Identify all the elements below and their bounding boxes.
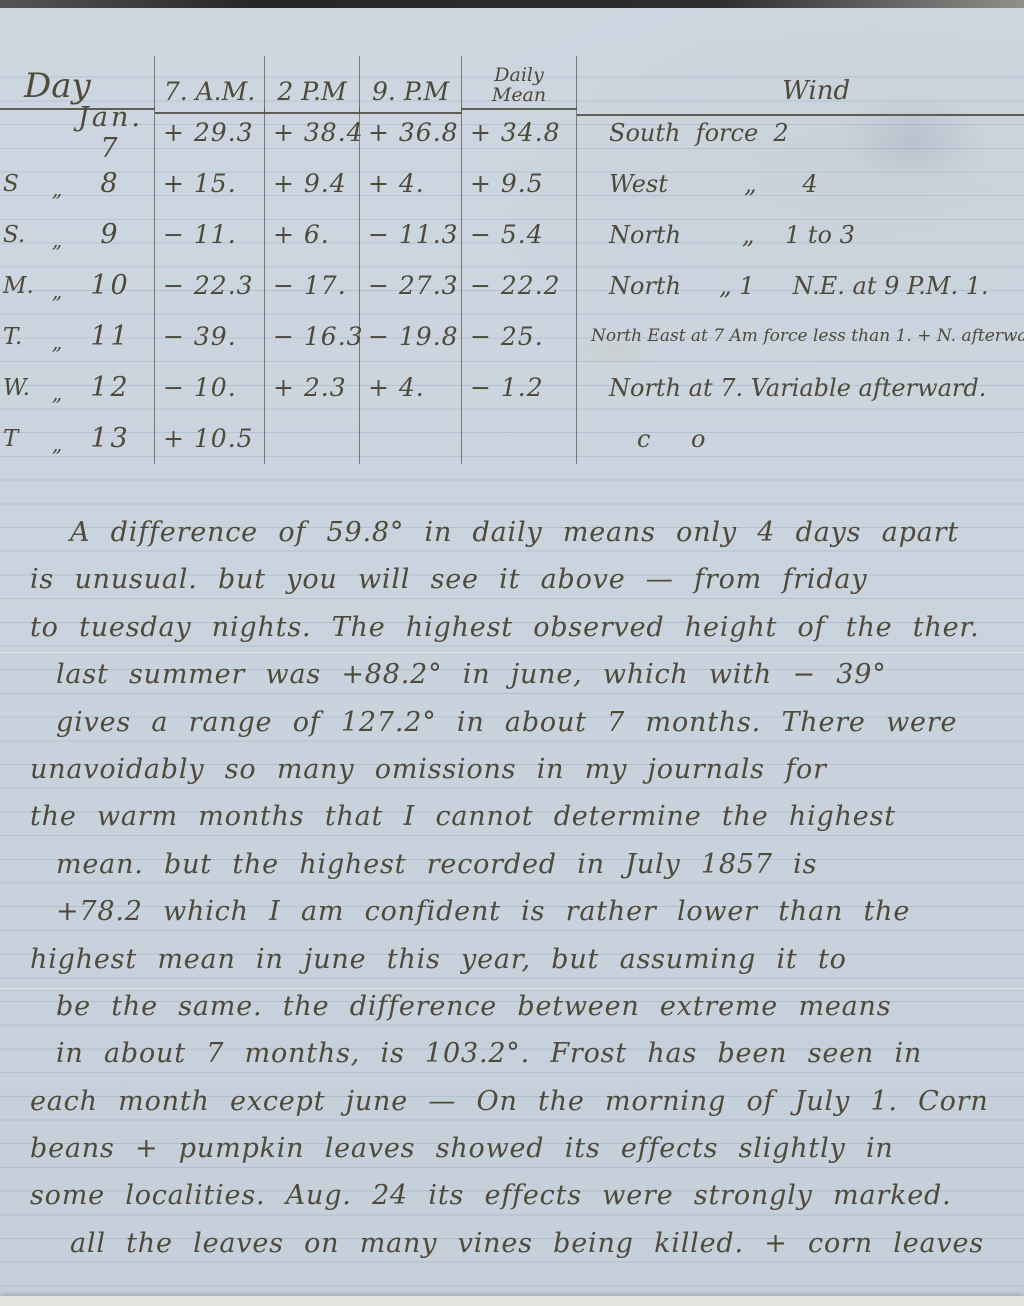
daily-mean [462,413,577,464]
header-daily-mean-line2: Mean [492,86,546,106]
temp-9pm: − 11.3 [360,209,462,260]
daily-mean: − 1.2 [462,362,577,413]
weekday-letter: S [0,171,37,197]
temp-9pm: + 36.8 [360,107,462,158]
body-line: to tuesday nights. The highest observed … [30,612,1016,659]
weekday-letter: T. [0,324,37,350]
daily-mean: + 34.8 [462,107,577,158]
body-line: some localities. Aug. 24 its effects wer… [30,1180,1016,1227]
temp-7am: − 22.3 [155,260,265,311]
day-number: Jan. 7 [77,102,154,164]
body-line: mean. but the highest recorded in July 1… [30,849,1016,896]
temp-9pm: − 27.3 [360,260,462,311]
table-row-day: Jan. 7 [0,107,155,158]
temp-7am: + 29.3 [155,107,265,158]
ditto-mark: „ [37,269,77,303]
header-2pm: 2 P.M [265,56,360,114]
daily-mean: − 5.4 [462,209,577,260]
body-line: the warm months that I cannot determine … [30,801,1016,848]
scan-edge-top [0,0,1024,8]
temp-2pm: − 17. [265,260,360,311]
day-number: 11 [77,321,154,352]
scanned-manuscript-page: { "page": { "paper_color": "#cbd5df", "i… [0,0,1024,1306]
day-number: 10 [77,270,154,301]
body-line: last summer was +88.2° in june, which wi… [30,659,1016,706]
day-number: 13 [77,423,154,454]
body-line: A difference of 59.8° in daily means onl… [30,517,1016,564]
body-line: is unusual. but you will see it above — … [30,564,1016,611]
temp-7am: − 11. [155,209,265,260]
table-row-day: M. „ 10 [0,260,155,311]
temp-7am: − 10. [155,362,265,413]
body-line: all the leaves on many vines being kille… [30,1228,1016,1275]
ditto-mark: „ [37,371,77,405]
body-line: be the same. the difference between extr… [30,991,1016,1038]
body-line: highest mean in june this year, but assu… [30,944,1016,991]
ditto-mark: „ [37,218,77,252]
temp-2pm: − 16.3 [265,311,360,362]
day-number: 8 [77,168,154,199]
body-line: in about 7 months, is 103.2°. Frost has … [30,1038,1016,1085]
scan-edge-bottom [0,1296,1024,1306]
temp-2pm: + 9.4 [265,158,360,209]
weekday-letter: W. [0,375,37,401]
weekday-letter: M. [0,273,37,299]
body-line: gives a range of 127.2° in about 7 month… [30,707,1016,754]
day-number: 9 [77,219,154,250]
body-line: +78.2 which I am confident is rather low… [30,896,1016,943]
header-daily-mean-line1: Daily [494,66,543,86]
wind-note: c o [577,413,1024,464]
temp-9pm: + 4. [360,158,462,209]
ditto-mark: „ [37,320,77,354]
temp-9pm: + 4. [360,362,462,413]
wind-note: North „ 1 to 3 [577,209,1024,260]
table-row-day: T „ 13 [0,413,155,464]
daily-mean: − 25. [462,311,577,362]
table-row-day: S „ 8 [0,158,155,209]
header-daily-mean: Daily Mean [462,56,577,110]
temp-2pm: + 38.4 [265,107,360,158]
temp-9pm [360,413,462,464]
table-row-day: S. „ 9 [0,209,155,260]
header-7am: 7. A.M. [155,56,265,114]
temp-7am: + 10.5 [155,413,265,464]
ditto-mark: „ [37,422,77,456]
ditto-mark [37,128,77,138]
weather-observation-table: Day 7. A.M. 2 P.M 9. P.M Daily Mean Wind… [0,56,1024,464]
header-9pm: 9. P.M [360,56,462,114]
wind-note: North „ 1 N.E. at 9 P.M. 1. [577,260,1024,311]
table-row-day: T. „ 11 [0,311,155,362]
ditto-mark: „ [37,167,77,201]
weekday-letter: T [0,426,37,452]
wind-note: West „ 4 [577,158,1024,209]
body-line: each month except june — On the morning … [30,1086,1016,1133]
temp-2pm: + 6. [265,209,360,260]
daily-mean: − 22.2 [462,260,577,311]
table-row-day: W. „ 12 [0,362,155,413]
daily-mean: + 9.5 [462,158,577,209]
body-line: unavoidably so many omissions in my jour… [30,754,1016,801]
weekday-letter: S. [0,222,37,248]
day-number: 12 [77,372,154,403]
wind-note: North East at 7 Am force less than 1. + … [577,311,1024,362]
letter-body: A difference of 59.8° in daily means onl… [30,517,1016,1275]
temp-7am: − 39. [155,311,265,362]
temp-9pm: − 19.8 [360,311,462,362]
temp-7am: + 15. [155,158,265,209]
temp-2pm [265,413,360,464]
body-line: beans + pumpkin leaves showed its effect… [30,1133,1016,1180]
temp-2pm: + 2.3 [265,362,360,413]
wind-note: North at 7. Variable afterward. [577,362,1024,413]
wind-note: South force 2 [577,107,1024,158]
